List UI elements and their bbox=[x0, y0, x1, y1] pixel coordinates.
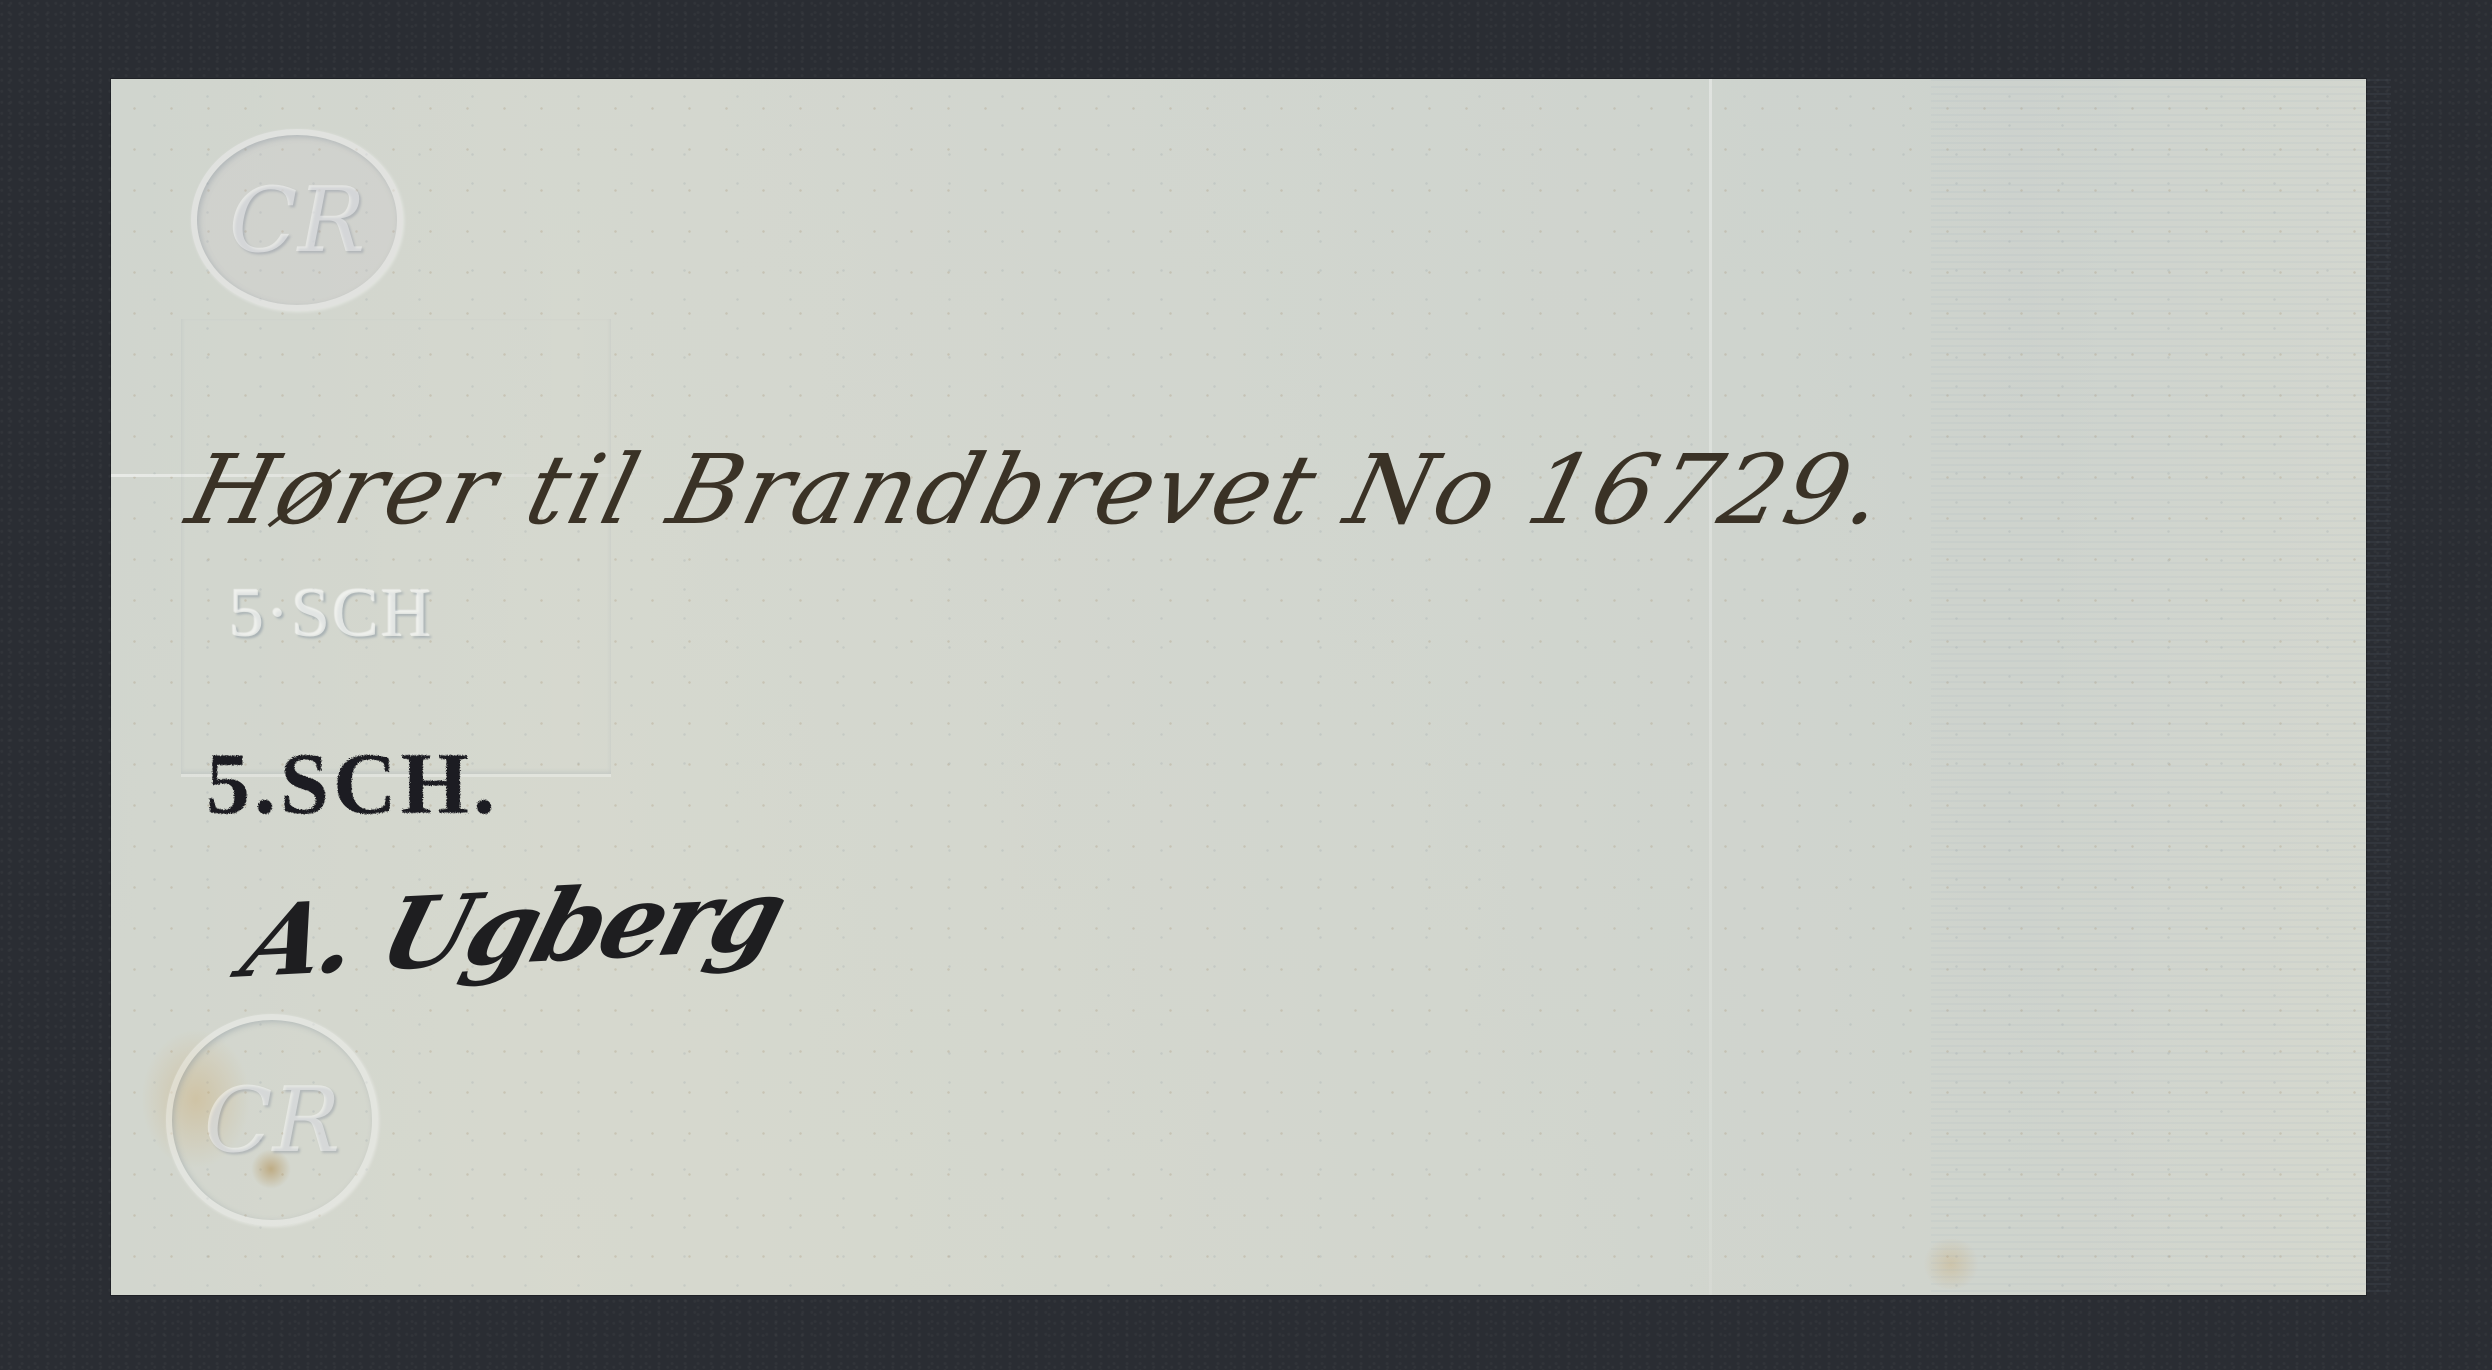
handwritten-reference-line: Hører til Brandbrevet No 16729. bbox=[177, 434, 1899, 546]
embossed-seal-bottom-icon: CR bbox=[166, 1014, 378, 1226]
embossed-seal-top-icon: CR bbox=[191, 129, 403, 311]
seal-monogram: CR bbox=[229, 168, 366, 273]
seal-monogram: CR bbox=[204, 1068, 341, 1173]
embossed-stamp-panel bbox=[181, 319, 611, 777]
embossed-denomination: 5·SCH bbox=[229, 574, 433, 654]
inked-signature-stamp: A. Ugberg bbox=[231, 855, 796, 1000]
inked-denomination-stamp: 5.SCH. bbox=[206, 734, 499, 835]
foxing-stain bbox=[1921, 1239, 1981, 1289]
document-paper: CR 5·SCH Hører til Brandbrevet No 16729.… bbox=[111, 79, 2366, 1295]
paper-fold-crease bbox=[1709, 79, 1712, 1295]
